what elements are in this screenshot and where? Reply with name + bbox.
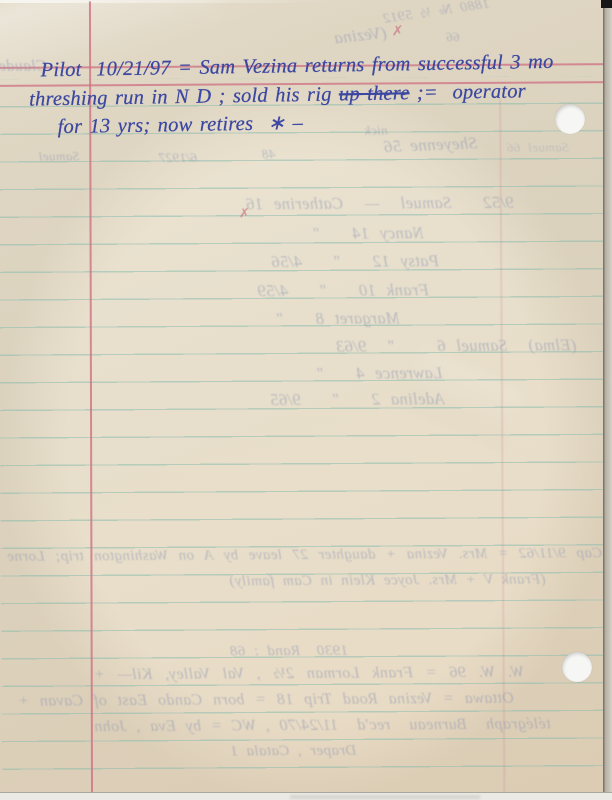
ghost-footer-line-mirrored: W. W. 96 = Frank Lorman 2½ , Val Valley,…: [94, 664, 524, 685]
note-line-2-start: threshing run in N D ; sold his rig: [29, 83, 339, 110]
scanner-edge-smudge: [290, 795, 480, 799]
scanner-edge-top-right-corner: [601, 0, 612, 8]
handwritten-note: Pilot 10/21/97 = Sam Vezina returns from…: [0, 0, 610, 5]
ghost-list-row-mirrored: 9/52 Samuel — Catherine 16: [246, 193, 514, 215]
ghost-fragment-mirrored: 6/1927: [158, 150, 197, 166]
scanner-edge-right: [603, 0, 612, 800]
note-line-2-end: ;= operator: [409, 80, 526, 104]
ghost-corner-red-mark: ✗: [392, 23, 404, 40]
ghost-fragment-mirrored: Samuel 66: [506, 139, 568, 155]
ghost-list-row-mirrored: Frank 10 ″ 4/59: [258, 280, 430, 301]
ghost-paragraph-line-mirrored: Cap 9/11/62 = Mrs. Vezina + daughter 27 …: [7, 545, 602, 566]
ghost-footer-line-mirrored: Ottawa = Vezina Road Trip 18 = born Cand…: [18, 690, 514, 711]
ghost-footer-line-mirrored: télégraph Burneau rec'd 11/24/70 , WC = …: [94, 716, 551, 737]
ghost-list-row-mirrored: Patsy 12 ″ 4/56: [271, 251, 439, 272]
page-content: 1880 № ½ 5912 (Vezina 66 ✗ Claude E nick…: [0, 0, 612, 800]
scanned-notebook-page: 1880 № ½ 5912 (Vezina 66 ✗ Claude E nick…: [0, 0, 612, 800]
hole-punch-top: [555, 104, 585, 134]
ghost-fragment-mirrored: 48: [261, 146, 275, 162]
ghost-fragment-mirrored: Samuel: [38, 148, 79, 164]
ghost-list-row-mirrored: Lawrence 4 ″: [317, 363, 443, 384]
ghost-corner-number-mirrored: 66: [446, 29, 460, 45]
ghost-list-row-mirrored: Adelina 2 ″ 9/65: [270, 389, 445, 410]
ghost-footer-line-mirrored: Draper , Catala 1: [230, 743, 356, 761]
ghost-fragment-mirrored: Sheyenne 56: [383, 133, 478, 157]
note-line-2-struck-text: up there: [339, 82, 410, 105]
hole-punch-bottom: [562, 652, 592, 682]
ghost-corner-name-mirrored: (Vezina: [333, 23, 388, 49]
ghost-footer-line-mirrored: 1930 Rand : 68: [229, 643, 348, 661]
ghost-paragraph-line-mirrored: (Frank V + Mrs. Joyce Klein in Cam famil…: [229, 572, 546, 591]
handwritten-note-line-3: for 13 yrs; now retires ∗ –: [57, 110, 303, 139]
ghost-list-row-mirrored: (Elma) Samuel 6 ″ 9/63: [336, 335, 577, 356]
ghost-list-row-mirrored: Nancy 14 ″: [313, 223, 424, 244]
ghost-list-row-mirrored: Margaret 8 ″: [276, 308, 399, 329]
